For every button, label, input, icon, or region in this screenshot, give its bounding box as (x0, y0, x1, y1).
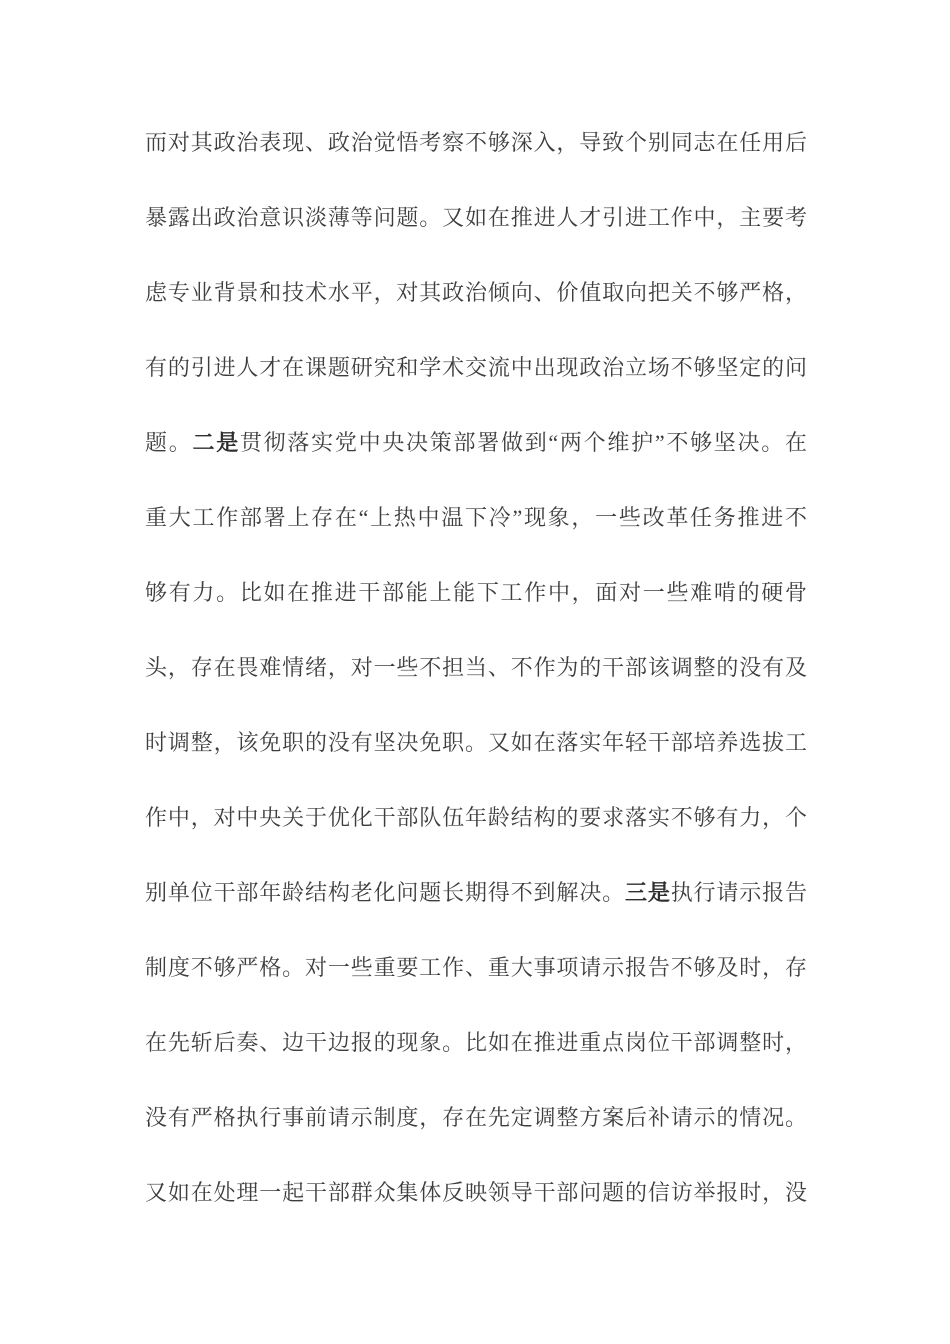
text-line: 重大工作部署上存在“上热中温下冷”现象，一些改革任务推进不 (145, 480, 807, 555)
text-run: 制度不够严格。对一些重要工作、重大事项请示报告不够及时，存 (145, 955, 807, 980)
text-run: 作中，对中央关于优化干部队伍年龄结构的要求落实不够有力，个 (145, 805, 807, 830)
bold-run: 二是 (192, 430, 239, 455)
text-run: 贯彻落实党中央决策部署做到“两个维护”不够坚决。在 (240, 430, 807, 455)
text-line: 而对其政治表现、政治觉悟考察不够深入，导致个别同志在任用后 (145, 105, 807, 180)
text-line: 有的引进人才在课题研究和学术交流中出现政治立场不够坚定的问 (145, 330, 807, 405)
text-line: 头，存在畏难情绪，对一些不担当、不作为的干部该调整的没有及 (145, 630, 807, 705)
text-line: 暴露出政治意识淡薄等问题。又如在推进人才引进工作中，主要考 (145, 180, 807, 255)
text-run: 头，存在畏难情绪，对一些不担当、不作为的干部该调整的没有及 (145, 655, 807, 680)
text-run: 有的引进人才在课题研究和学术交流中出现政治立场不够坚定的问 (145, 355, 807, 380)
document-text-block: 而对其政治表现、政治觉悟考察不够深入，导致个别同志在任用后暴露出政治意识淡薄等问… (145, 105, 807, 1230)
text-run: 题。 (145, 430, 192, 455)
text-line: 作中，对中央关于优化干部队伍年龄结构的要求落实不够有力，个 (145, 780, 807, 855)
text-run: 暴露出政治意识淡薄等问题。又如在推进人才引进工作中，主要考 (145, 205, 807, 230)
text-run: 重大工作部署上存在“上热中温下冷”现象，一些改革任务推进不 (145, 505, 807, 530)
text-line: 题。二是贯彻落实党中央决策部署做到“两个维护”不够坚决。在 (145, 405, 807, 480)
document-page: 而对其政治表现、政治觉悟考察不够深入，导致个别同志在任用后暴露出政治意识淡薄等问… (145, 105, 807, 1230)
bold-run: 三是 (625, 880, 671, 905)
text-line: 时调整，该免职的没有坚决免职。又如在落实年轻干部培养选拔工 (145, 705, 807, 780)
text-run: 又如在处理一起干部群众集体反映领导干部问题的信访举报时，没 (145, 1180, 807, 1205)
text-line: 在先斩后奏、边干边报的现象。比如在推进重点岗位干部调整时， (145, 1005, 807, 1080)
text-line: 制度不够严格。对一些重要工作、重大事项请示报告不够及时，存 (145, 930, 807, 1005)
text-run: 在先斩后奏、边干边报的现象。比如在推进重点岗位干部调整时， (145, 1030, 807, 1055)
text-run: 而对其政治表现、政治觉悟考察不够深入，导致个别同志在任用后 (145, 130, 807, 155)
text-run: 执行请示报告 (671, 880, 807, 905)
text-run: 没有严格执行事前请示制度，存在先定调整方案后补请示的情况。 (145, 1105, 807, 1130)
text-line: 虑专业背景和技术水平，对其政治倾向、价值取向把关不够严格， (145, 255, 807, 330)
text-run: 虑专业背景和技术水平，对其政治倾向、价值取向把关不够严格， (145, 280, 807, 305)
document-canvas: { "page": { "background": "#ffffff", "te… (0, 0, 950, 1344)
text-run: 时调整，该免职的没有坚决免职。又如在落实年轻干部培养选拔工 (145, 730, 807, 755)
text-run: 够有力。比如在推进干部能上能下工作中，面对一些难啃的硬骨 (145, 580, 807, 605)
text-line: 又如在处理一起干部群众集体反映领导干部问题的信访举报时，没 (145, 1155, 807, 1230)
text-line: 没有严格执行事前请示制度，存在先定调整方案后补请示的情况。 (145, 1080, 807, 1155)
text-line: 别单位干部年龄结构老化问题长期得不到解决。三是执行请示报告 (145, 855, 807, 930)
text-run: 别单位干部年龄结构老化问题长期得不到解决。 (145, 880, 625, 905)
text-line: 够有力。比如在推进干部能上能下工作中，面对一些难啃的硬骨 (145, 555, 807, 630)
